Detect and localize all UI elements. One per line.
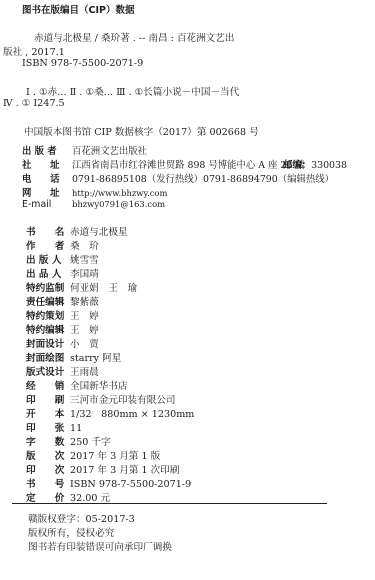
cip-record-line-2: 版社 , 2017.1 bbox=[3, 44, 65, 58]
author-label: 作 者 bbox=[26, 238, 70, 252]
book-info-row: 印 刷三河市金元印装有限公司 bbox=[26, 392, 176, 406]
phone-label: 电 话 bbox=[22, 171, 72, 185]
isbn-label: 书 号 bbox=[26, 476, 70, 490]
book-info-row: 特约监制何亚娟 王 瑜 bbox=[26, 280, 137, 294]
publisher-person-value: 姚雪雪 bbox=[70, 255, 99, 266]
format-label: 开 本 bbox=[26, 406, 70, 420]
cip-classification-line-1: Ⅰ . ①赤… Ⅱ . ①桑… Ⅲ . ①长篇小说－中国－当代 bbox=[26, 84, 239, 98]
title-value: 赤道与北极星 bbox=[70, 227, 128, 238]
word-count-value: 250 千字 bbox=[70, 437, 111, 448]
printing-label: 印 次 bbox=[26, 462, 70, 476]
book-info-row: 出 品 人李国靖 bbox=[26, 266, 99, 280]
printer-label: 印 刷 bbox=[26, 392, 70, 406]
book-info-row: 版式设计王雨晨 bbox=[26, 364, 99, 378]
book-info-row: 定 价32.00 元 bbox=[26, 490, 110, 504]
word-count-label: 字 数 bbox=[26, 434, 70, 448]
website-link[interactable]: http://www.bhzwy.com bbox=[72, 188, 167, 198]
book-info-row: 封面设计小 贾 bbox=[26, 336, 99, 350]
distributor-value: 全国新华书店 bbox=[70, 381, 128, 392]
title-label: 书 名 bbox=[26, 224, 70, 238]
producer-value: 李国靖 bbox=[70, 269, 99, 280]
book-info-row: 开 本1/32 880mm × 1230mm bbox=[26, 406, 194, 420]
section-divider bbox=[12, 503, 327, 504]
cover-art-label: 封面绘图 bbox=[26, 350, 70, 364]
book-info-row: 书 号ISBN 978-7-5500-2071-9 bbox=[26, 476, 191, 490]
email-label: E-mail bbox=[22, 199, 72, 210]
replacement-notice: 图书若有印装错误可向承印厂调换 bbox=[28, 539, 172, 553]
book-info-row: 印 次2017 年 3 月第 1 次印刷 bbox=[26, 462, 179, 476]
cover-design-label: 封面设计 bbox=[26, 336, 70, 350]
postcode-label: 邮编： bbox=[283, 160, 311, 171]
book-info-row: 出 版 人姚雪雪 bbox=[26, 252, 99, 266]
planner-value: 王 婷 bbox=[70, 311, 99, 322]
copyright-notice: 版权所有，侵权必究 bbox=[28, 525, 114, 539]
layout-design-value: 王雨晨 bbox=[70, 367, 99, 378]
cip-isbn-line: ISBN 978-7-5500-2071-9 bbox=[22, 58, 143, 69]
book-info-row: 经 销全国新华书店 bbox=[26, 378, 128, 392]
publisher-value: 百花洲文艺出版社 bbox=[72, 146, 147, 157]
book-info-row: 特约编辑王 婷 bbox=[26, 322, 99, 336]
isbn-value: ISBN 978-7-5500-2071-9 bbox=[70, 479, 191, 490]
book-info-row: 责任编辑黎紫薇 bbox=[26, 294, 99, 308]
editor-in-charge-value: 黎紫薇 bbox=[70, 297, 99, 308]
email-row: E-mailbhzwy0791@163.com bbox=[22, 199, 165, 210]
book-info-row: 作 者桑 玠 bbox=[26, 238, 99, 252]
layout-design-label: 版式设计 bbox=[26, 364, 70, 378]
sheets-label: 印 张 bbox=[26, 420, 70, 434]
sheets-value: 11 bbox=[70, 423, 82, 434]
address-label: 社 址 bbox=[22, 157, 72, 171]
book-info-row: 书 名赤道与北极星 bbox=[26, 224, 128, 238]
website-row: 网 址http://www.bhzwy.com bbox=[22, 185, 167, 199]
publisher-person-label: 出 版 人 bbox=[26, 252, 70, 266]
copyright-registration: 赣版权登字：05-2017-3 bbox=[28, 511, 135, 525]
postcode: 邮编：330038 bbox=[283, 157, 347, 171]
printing-value: 2017 年 3 月第 1 次印刷 bbox=[70, 465, 179, 476]
edition-label: 版 次 bbox=[26, 448, 70, 462]
postcode-value: 330038 bbox=[311, 160, 347, 171]
special-editor-value: 王 婷 bbox=[70, 325, 99, 336]
planner-label: 特约策划 bbox=[26, 308, 70, 322]
cover-art-value: starry 阿星 bbox=[70, 353, 121, 364]
book-info-row: 字 数250 千字 bbox=[26, 434, 111, 448]
supervisor-label: 特约监制 bbox=[26, 280, 70, 294]
format-value: 1/32 880mm × 1230mm bbox=[70, 409, 194, 420]
publisher-row: 出 版 者百花洲文艺出版社 bbox=[22, 143, 147, 157]
cover-design-value: 小 贾 bbox=[70, 339, 99, 350]
phone-value: 0791-86895108（发行热线）0791-86894790（编辑热线） bbox=[72, 174, 334, 185]
email-link[interactable]: bhzwy0791@163.com bbox=[72, 199, 165, 209]
cip-classification-line-2: Ⅳ . ① I247.5 bbox=[3, 98, 65, 109]
editor-in-charge-label: 责任编辑 bbox=[26, 294, 70, 308]
publisher-label: 出 版 者 bbox=[22, 143, 72, 157]
special-editor-label: 特约编辑 bbox=[26, 322, 70, 336]
book-info-row: 印 张11 bbox=[26, 420, 82, 434]
phone-row: 电 话0791-86895108（发行热线）0791-86894790（编辑热线… bbox=[22, 171, 334, 185]
price-label: 定 价 bbox=[26, 490, 70, 504]
address-row: 社 址江西省南昌市红谷滩世贸路 898 号博能中心 A 座 20 楼 bbox=[22, 157, 305, 171]
cip-record-line-1: 赤道与北极星 / 桑玠著 . -- 南昌 : 百花洲文艺出 bbox=[34, 30, 234, 44]
supervisor-value: 何亚娟 王 瑜 bbox=[70, 283, 137, 294]
book-info-row: 版 次2017 年 3 月第 1 版 bbox=[26, 448, 160, 462]
distributor-label: 经 销 bbox=[26, 378, 70, 392]
printer-value: 三河市金元印装有限公司 bbox=[70, 395, 176, 406]
author-value: 桑 玠 bbox=[70, 241, 99, 252]
book-info-row: 特约策划王 婷 bbox=[26, 308, 99, 322]
edition-value: 2017 年 3 月第 1 版 bbox=[70, 451, 160, 462]
address-value: 江西省南昌市红谷滩世贸路 898 号博能中心 A 座 20 楼 bbox=[72, 160, 305, 171]
book-info-row: 封面绘图starry 阿星 bbox=[26, 350, 121, 364]
cip-core-number: 中国版本图书馆 CIP 数据核字（2017）第 002668 号 bbox=[24, 124, 259, 138]
website-label: 网 址 bbox=[22, 185, 72, 199]
cip-heading: 图书在版编目（CIP）数据 bbox=[22, 2, 134, 16]
producer-label: 出 品 人 bbox=[26, 266, 70, 280]
